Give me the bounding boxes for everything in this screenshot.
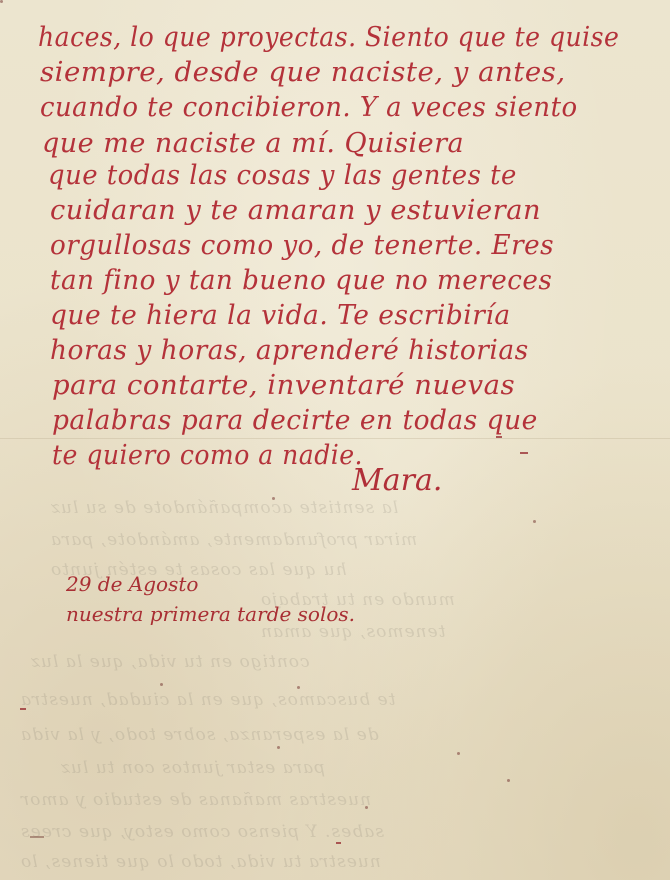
paper-speck — [0, 0, 3, 3]
letter-line: horas y horas, aprenderé historias — [50, 335, 529, 366]
paper-speck — [297, 686, 300, 689]
bleed-through-line: mirar profundamente, amándote, para — [50, 530, 417, 550]
bleed-through-line: contigo en tu vida, que la luz — [30, 652, 310, 672]
letter-line: palabras para decirte en todas que — [52, 405, 538, 436]
letter-line: te quiero como a nadie. — [52, 440, 363, 471]
bleed-through-line: nuestras mañanas de estudio y amor — [20, 790, 371, 810]
bleed-through-line: nuestra tu vida, todo lo que tienes, lo — [20, 852, 381, 872]
ink-mark — [20, 708, 26, 710]
postscript-note: nuestra primera tarde solos. — [66, 602, 355, 626]
letter-line: que todas las cosas y las gentes te — [48, 160, 517, 191]
ink-mark — [336, 842, 341, 844]
ink-mark — [496, 436, 502, 438]
paper-speck — [277, 746, 280, 749]
paper-speck — [365, 806, 368, 809]
letter-line: orgullosas como yo, de tenerte. Eres — [50, 230, 554, 261]
bleed-through-line: la sentiste acompañándote de su luz — [50, 498, 398, 518]
paper-speck — [457, 752, 460, 755]
letter-line: que me naciste a mí. Quisiera — [42, 128, 464, 159]
postscript-date: 29 de Agosto — [66, 572, 198, 596]
letter-line: cuidaran y te amaran y estuvieran — [50, 195, 541, 226]
signature: Mara. — [352, 463, 442, 498]
bleed-through-line: de la esperanza, sobre todo, y la vida — [20, 725, 379, 745]
paper-speck — [507, 779, 510, 782]
letter-line: siempre, desde que naciste, y antes, — [40, 57, 566, 88]
bleed-through-line: para estar juntos con tu luz — [60, 758, 325, 778]
paper-speck — [272, 497, 275, 500]
letter-line: para contarte, inventaré nuevas — [52, 370, 515, 401]
letter-line: tan fino y tan bueno que no mereces — [50, 265, 552, 296]
ink-mark — [30, 836, 44, 838]
paper-speck — [533, 520, 536, 523]
ink-mark — [520, 452, 528, 454]
paper-fold-line — [0, 438, 670, 439]
bleed-through-line: sabes. Y pienso como estoy, que crees — [20, 822, 384, 842]
letter-line: que te hiera la vida. Te escribiría — [50, 300, 511, 331]
letter-line: haces, lo que proyectas. Siento que te q… — [38, 22, 619, 53]
paper-speck — [160, 683, 163, 686]
letter-line: cuando te concibieron. Y a veces siento — [40, 92, 578, 123]
bleed-through-line: te buscamos, que en la ciudad, nuestra — [20, 690, 395, 710]
letter-page: la sentiste acompañándote de su luz mira… — [0, 0, 670, 880]
